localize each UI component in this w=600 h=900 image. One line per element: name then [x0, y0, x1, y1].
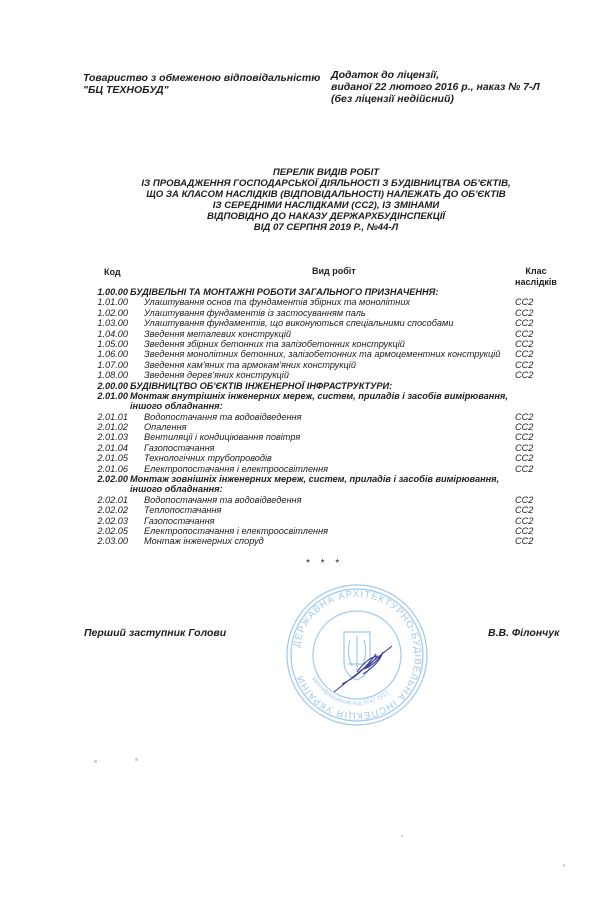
row-work-type: Монтаж внутрішніх інженерних мереж, сист… [130, 391, 515, 412]
row-consequence-class: СС2 [515, 443, 533, 453]
row-code: 2.02.05 [80, 526, 128, 536]
signatory-name: В.В. Філончук [488, 627, 559, 639]
official-stamp: ДЕРЖАВНА АРХІТЕКТУРНО-БУДІВЕЛЬНА ІНСПЕКЦ… [282, 580, 432, 730]
table-row: 2.03.00Монтаж інженерних спорудСС2 [80, 536, 580, 546]
company-line-2: "БЦ ТЕХНОБУД" [83, 84, 320, 96]
row-consequence-class: СС2 [515, 308, 533, 318]
signatory-position: Перший заступник Голови [84, 627, 226, 639]
row-consequence-class: СС2 [515, 360, 533, 370]
row-consequence-class: СС2 [515, 526, 533, 536]
row-work-type: Технологічних трубопроводів [144, 453, 529, 463]
row-work-type: Вентиляції і кондиціювання повітря [144, 432, 529, 442]
row-work-type: Зведення кам'яних та армокам'яних констр… [144, 360, 529, 370]
title-line-6: ВІД 07 СЕРПНЯ 2019 Р., №44-Л [0, 222, 600, 233]
row-work-type: Монтаж зовнішніх інженерних мереж, систе… [130, 474, 515, 495]
row-code: 2.01.05 [80, 453, 128, 463]
row-code: 2.01.00 [80, 391, 128, 401]
table-row: 2.01.05Технологічних трубопроводівСС2 [80, 453, 580, 463]
row-code: 1.06.00 [80, 349, 128, 359]
row-code: 1.07.00 [80, 360, 128, 370]
row-work-type: Електропостачання і електроосвітлення [144, 526, 529, 536]
column-header-code: Код [104, 267, 121, 277]
row-work-type: Водопостачання та водовідведення [144, 412, 529, 422]
row-code: 1.04.00 [80, 329, 128, 339]
scan-speck [135, 758, 138, 761]
row-code: 2.01.02 [80, 422, 128, 432]
document-title: ПЕРЕЛІК ВИДІВ РОБІТ ІЗ ПРОВАДЖЕННЯ ГОСПО… [0, 167, 600, 233]
addendum-line-3: (без ліцензії недійсний) [331, 93, 540, 105]
table-row: 1.03.00Улаштування фундаментів, що викон… [80, 318, 580, 328]
row-code: 2.02.03 [80, 516, 128, 526]
row-work-type: Газопостачання [144, 443, 529, 453]
table-row: 2.02.03ГазопостачанняСС2 [80, 516, 580, 526]
row-work-type: Монтаж інженерних споруд [144, 536, 529, 546]
row-consequence-class: СС2 [515, 453, 533, 463]
row-consequence-class: СС2 [515, 349, 533, 359]
table-row: 1.08.00Зведення дерев'яних конструкційСС… [80, 370, 580, 380]
row-consequence-class: СС2 [515, 464, 533, 474]
row-code: 2.02.01 [80, 495, 128, 505]
table-row: 1.07.00Зведення кам'яних та армокам'яних… [80, 360, 580, 370]
table-row: 1.04.00Зведення металевих конструкційСС2 [80, 329, 580, 339]
row-work-type: Опалення [144, 422, 529, 432]
row-code: 1.02.00 [80, 308, 128, 318]
row-work-type: БУДІВЕЛЬНІ ТА МОНТАЖНІ РОБОТИ ЗАГАЛЬНОГО… [130, 287, 515, 297]
table-row: 2.02.05Електропостачання і електроосвітл… [80, 526, 580, 536]
row-consequence-class: СС2 [515, 432, 533, 442]
row-consequence-class: СС2 [515, 297, 533, 307]
table-row: 2.01.03Вентиляції і кондиціювання повітр… [80, 432, 580, 442]
row-consequence-class: СС2 [515, 318, 533, 328]
work-types-table: 1.00.00БУДІВЕЛЬНІ ТА МОНТАЖНІ РОБОТИ ЗАГ… [80, 287, 580, 547]
title-line-1: ПЕРЕЛІК ВИДІВ РОБІТ [0, 167, 600, 178]
row-code: 1.05.00 [80, 339, 128, 349]
scan-speck [94, 760, 97, 763]
column-header-work-type: Вид робіт [312, 266, 356, 276]
signature-scribble [334, 646, 392, 692]
row-work-type: Водопостачання та водовідведення [144, 495, 529, 505]
row-code: 1.03.00 [80, 318, 128, 328]
row-work-type: Зведення дерев'яних конструкцій [144, 370, 529, 380]
table-row: 2.01.06Електропостачання і електроосвітл… [80, 464, 580, 474]
row-code: 1.01.00 [80, 297, 128, 307]
row-work-type: БУДІВНИЦТВО ОБ'ЄКТІВ ІНЖЕНЕРНОЇ ІНФРАСТР… [130, 381, 515, 391]
table-row: 2.01.00Монтаж внутрішніх інженерних мере… [80, 391, 580, 412]
separator-stars: * * * [306, 558, 343, 569]
row-code: 2.01.01 [80, 412, 128, 422]
row-work-type: Зведення монолітних бетонних, залізобето… [144, 349, 529, 359]
row-work-type: Електропостачання і електроосвітлення [144, 464, 529, 474]
row-consequence-class: СС2 [515, 412, 533, 422]
row-code: 1.00.00 [80, 287, 128, 297]
row-code: 2.02.00 [80, 474, 128, 484]
addendum-line-2: виданої 22 лютого 2016 р., наказ № 7-Л [331, 81, 540, 93]
scan-speck [563, 864, 565, 867]
table-row: 1.05.00Зведення збірних бетонних та залі… [80, 339, 580, 349]
title-line-5: ВІДПОВІДНО ДО НАКАЗУ ДЕРЖАРХБУДІНСПЕКЦІЇ [0, 211, 600, 222]
title-line-2: ІЗ ПРОВАДЖЕННЯ ГОСПОДАРСЬКОЇ ДІЯЛЬНОСТІ … [0, 178, 600, 189]
table-row: 2.00.00БУДІВНИЦТВО ОБ'ЄКТІВ ІНЖЕНЕРНОЇ І… [80, 381, 580, 391]
row-consequence-class: СС2 [515, 422, 533, 432]
license-addendum-note: Додаток до ліцензії, виданої 22 лютого 2… [331, 69, 540, 105]
table-row: 2.01.02ОпаленняСС2 [80, 422, 580, 432]
row-consequence-class: СС2 [515, 370, 533, 380]
table-row: 2.02.00Монтаж зовнішніх інженерних мереж… [80, 474, 580, 495]
row-work-type: Улаштування фундаментів із застосуванням… [144, 308, 529, 318]
row-work-type: Зведення збірних бетонних та залізобетон… [144, 339, 529, 349]
addendum-line-1: Додаток до ліцензії, [331, 69, 540, 81]
row-work-type: Улаштування фундаментів, що виконуються … [144, 318, 529, 328]
row-code: 2.03.00 [80, 536, 128, 546]
column-header-class: Клас наслідків [505, 266, 567, 288]
row-consequence-class: СС2 [515, 505, 533, 515]
row-work-type: Теплопостачання [144, 505, 529, 515]
row-consequence-class: СС2 [515, 516, 533, 526]
row-work-type: Улаштування основ та фундаментів збірних… [144, 297, 529, 307]
scan-speck [401, 835, 403, 837]
row-code: 2.01.03 [80, 432, 128, 442]
row-work-type: Газопостачання [144, 516, 529, 526]
row-code: 2.01.06 [80, 464, 128, 474]
table-row: 2.02.02ТеплопостачанняСС2 [80, 505, 580, 515]
row-code: 2.00.00 [80, 381, 128, 391]
row-consequence-class: СС2 [515, 339, 533, 349]
table-row: 1.01.00Улаштування основ та фундаментів … [80, 297, 580, 307]
row-code: 2.02.02 [80, 505, 128, 515]
table-row: 1.02.00Улаштування фундаментів із застос… [80, 308, 580, 318]
row-work-type: Зведення металевих конструкцій [144, 329, 529, 339]
table-row: 2.01.04ГазопостачанняСС2 [80, 443, 580, 453]
table-row: 2.01.01Водопостачання та водовідведенняС… [80, 412, 580, 422]
table-row: 1.06.00Зведення монолітних бетонних, зал… [80, 349, 580, 359]
table-row: 2.02.01Водопостачання та водовідведенняС… [80, 495, 580, 505]
company-line-1: Товариство з обмеженою відповідальністю [83, 72, 320, 84]
row-code: 1.08.00 [80, 370, 128, 380]
row-consequence-class: СС2 [515, 495, 533, 505]
title-line-3: ЩО ЗА КЛАСОМ НАСЛІДКІВ (ВІДПОВІДАЛЬНОСТІ… [0, 189, 600, 200]
company-name: Товариство з обмеженою відповідальністю … [83, 72, 320, 96]
row-consequence-class: СС2 [515, 536, 533, 546]
title-line-4: ІЗ СЕРЕДНІМИ НАСЛІДКАМИ (СС2), ІЗ ЗМІНАМ… [0, 200, 600, 211]
row-code: 2.01.04 [80, 443, 128, 453]
row-consequence-class: СС2 [515, 329, 533, 339]
table-row: 1.00.00БУДІВЕЛЬНІ ТА МОНТАЖНІ РОБОТИ ЗАГ… [80, 287, 580, 297]
